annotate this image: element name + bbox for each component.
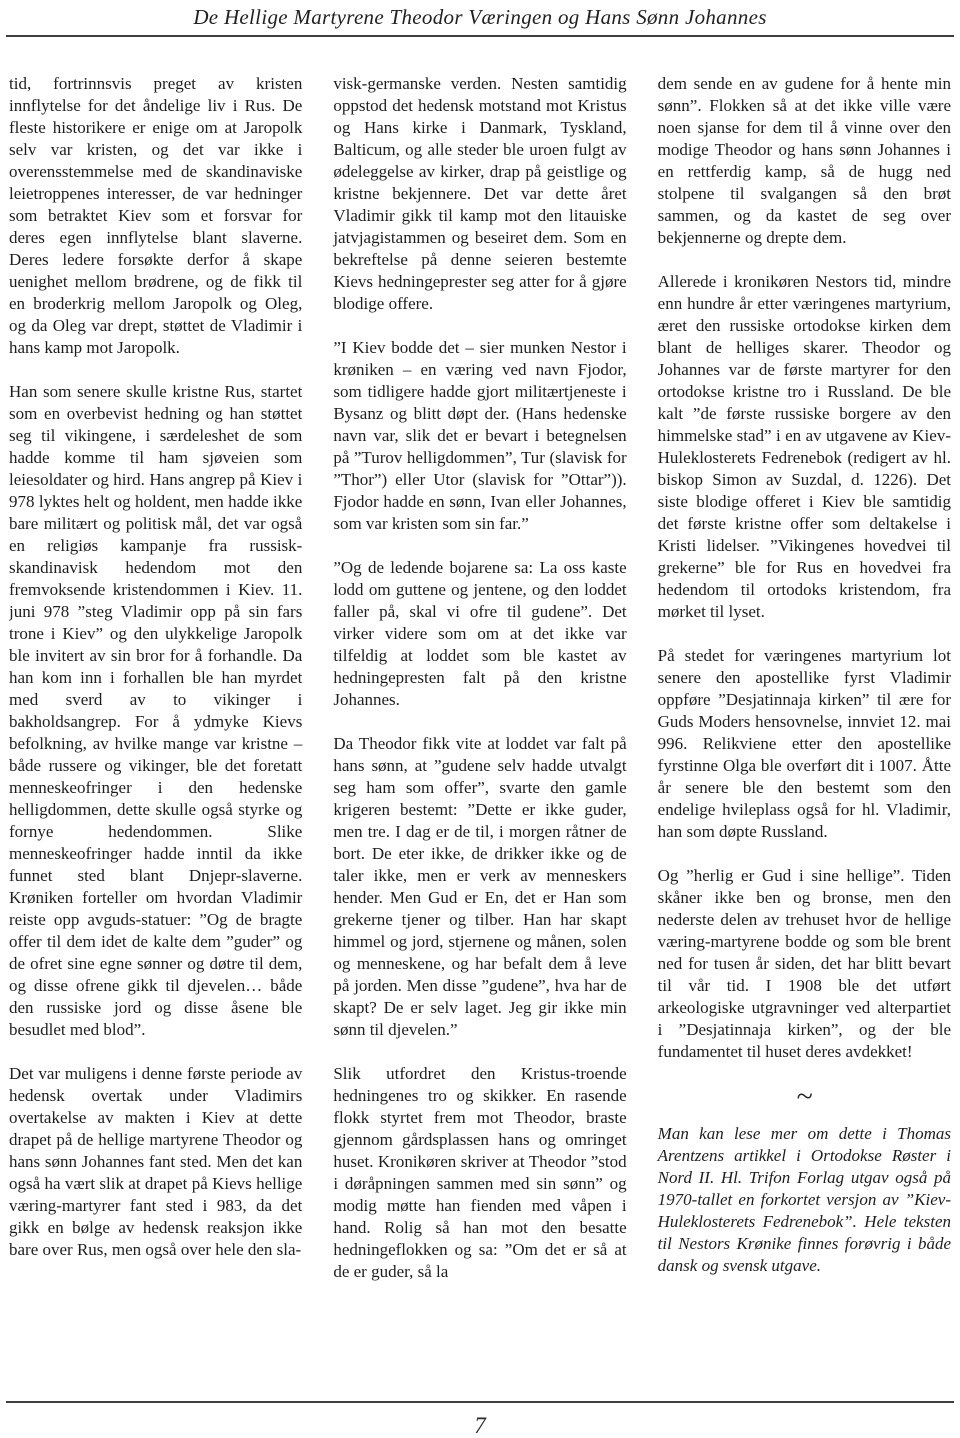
body-paragraph: På stedet for væringenes martyrium lot s… xyxy=(658,645,951,843)
page-header: De Hellige Martyrene Theodor Væringen og… xyxy=(0,0,960,37)
body-paragraph: Da Theodor fikk vite at loddet var falt … xyxy=(333,733,626,1041)
body-paragraph: dem sende en av gudene for å hente min s… xyxy=(658,73,951,249)
body-paragraph: Det var muligens i denne første periode … xyxy=(9,1063,302,1261)
body-paragraph: Allerede i kronikøren Nestors tid, mindr… xyxy=(658,271,951,623)
body-paragraph: visk-germanske verden. Nesten samtidig o… xyxy=(333,73,626,315)
column-1: tid, fortrinnsvis preget av kristen innf… xyxy=(9,73,302,1391)
column-3: dem sende en av gudene for å hente min s… xyxy=(658,73,951,1391)
body-paragraph: tid, fortrinnsvis preget av kristen innf… xyxy=(9,73,302,359)
body-paragraph: ”I Kiev bodde det – sier munken Nestor i… xyxy=(333,337,626,535)
page-footer: 7 xyxy=(6,1393,954,1438)
column-2: visk-germanske verden. Nesten samtidig o… xyxy=(333,73,626,1391)
text-columns: tid, fortrinnsvis preget av kristen innf… xyxy=(9,73,951,1391)
header-rule xyxy=(6,35,954,37)
document-page: De Hellige Martyrene Theodor Væringen og… xyxy=(0,0,960,1438)
page-number: 7 xyxy=(6,1413,954,1438)
body-paragraph: Slik utfordret den Kristus-troende hedni… xyxy=(333,1063,626,1283)
source-note: Man kan lese mer om dette i Thomas Arent… xyxy=(658,1123,951,1277)
tilde-ornament: ~ xyxy=(658,1085,951,1109)
body-paragraph: Og ”herlig er Gud i sine hellige”. Tiden… xyxy=(658,865,951,1063)
page-header-title: De Hellige Martyrene Theodor Væringen og… xyxy=(0,0,960,30)
body-paragraph: ”Og de ledende bojarene sa: La oss kaste… xyxy=(333,557,626,711)
body-paragraph: Han som senere skulle kristne Rus, start… xyxy=(9,381,302,1041)
footer-rule xyxy=(6,1401,954,1403)
